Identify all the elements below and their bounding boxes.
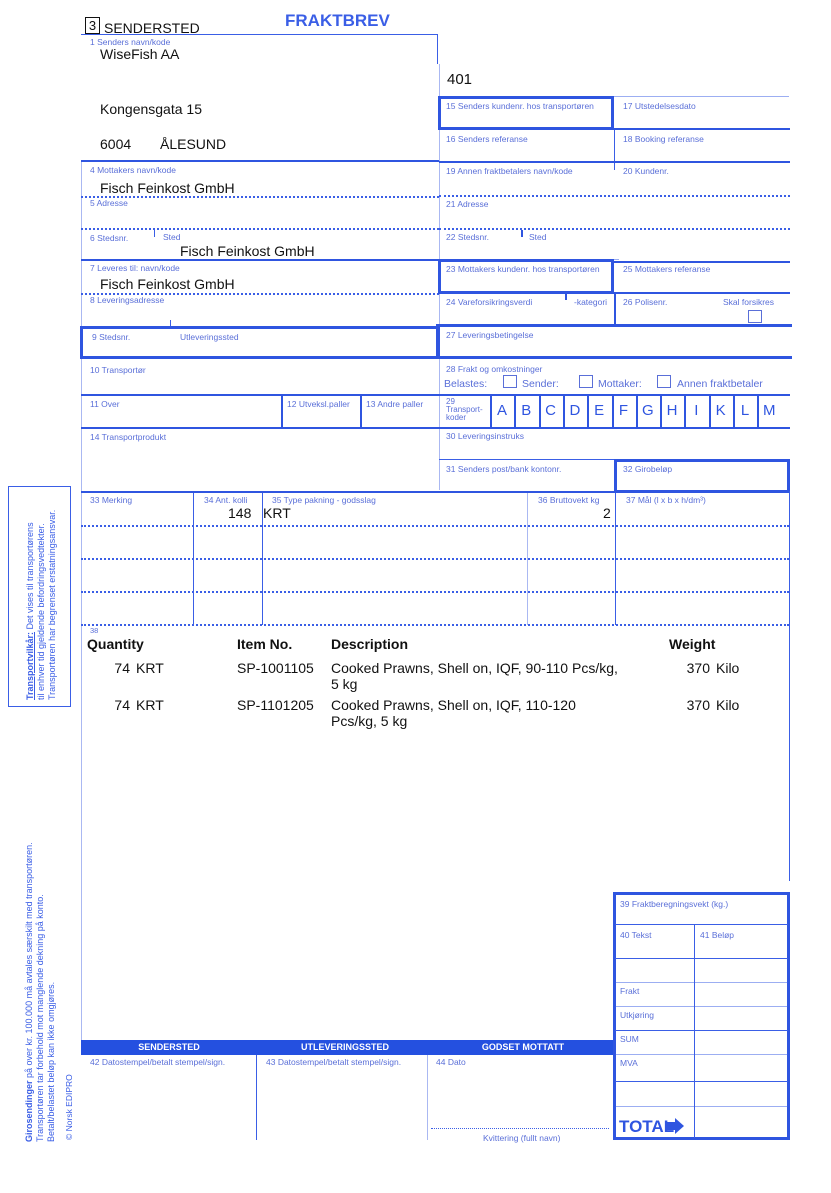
divider [521,230,523,237]
band-godset-mottatt: GODSET MOTTATT [433,1040,613,1055]
terms-line-1: Det vises til transportørens [25,522,35,632]
charge-other-checkbox[interactable] [657,375,671,388]
mva-label: MVA [620,1059,638,1068]
field-6-label: 6 Stedsnr. [90,234,128,243]
field-33-label: 33 Merking [90,496,132,505]
item-description: Cooked Prawns, Shell on, IQF, 110-120 Pc… [331,697,621,729]
terms-bold: Transportvilkår: [25,632,35,700]
gross-weight[interactable]: 2 [603,506,611,520]
divider [615,958,788,959]
field-13-label: 13 Andre paller [366,400,423,409]
receiver-sted[interactable]: Fisch Feinkost GmbH [180,244,315,258]
terms-line-2: til enhver tid gjeldende befordringsvedt… [36,510,47,700]
arrow-right-icon [675,1118,684,1134]
transport-code-i[interactable]: I [685,403,707,418]
sender-name[interactable]: WiseFish AA [100,47,179,61]
item-weight-unit: Kilo [716,697,739,713]
deliver-to-name[interactable]: Fisch Feinkost GmbH [100,277,235,291]
giro-line-2: Transportøren tar forbehold mot manglend… [35,842,46,1142]
field-9-box[interactable] [80,326,440,359]
field-11-label: 11 Over [90,400,120,409]
field-14-label: 14 Transportprodukt [90,433,166,442]
field-44-label: 44 Dato [436,1058,466,1067]
divider [81,525,789,527]
divider [256,1055,257,1140]
field-24-kategori-label: -kategori [574,298,607,307]
charge-sender-checkbox[interactable] [503,375,517,388]
item-quantity: 74 [100,697,130,713]
field-39-label: 39 Fraktberegningsvekt (kg.) [620,900,728,909]
field-6-sted-label: Sted [163,233,181,242]
field-24-label: 24 Vareforsikringsverdi [446,298,532,307]
field-40-label: 40 Tekst [620,931,652,940]
field-23-label: 23 Mottakers kundenr. hos transportøren [446,265,600,274]
utkjoring-label: Utkjøring [620,1011,654,1020]
field-19-label: 19 Annen fraktbetalers navn/kode [446,167,573,176]
col-item-no: Item No. [237,636,292,652]
field-27-label: 27 Leveringsbetingelse [446,331,533,340]
divider [615,982,788,983]
charge-receiver-checkbox[interactable] [579,375,593,388]
field-9-utl-label: Utleveringssted [180,333,239,342]
divider [81,558,789,560]
field-29-label-c: koder [446,414,466,422]
field-9-label: 9 Stedsnr. [92,333,130,342]
field-18-label: 18 Booking referanse [623,135,704,144]
band-sendersted: SENDERSTED [81,1040,257,1055]
field-26-label: 26 Polisenr. [623,298,667,307]
divider [439,427,790,429]
field-36-label: 36 Bruttovekt kg [538,496,599,505]
sum-label: SUM [620,1035,639,1044]
giro-line-3: Betalt/belastet beløp kan ikke omgjøres. [46,842,57,1142]
divider [281,394,283,428]
transport-code-k[interactable]: K [710,403,732,418]
transport-code-l[interactable]: L [734,403,756,418]
divider [615,1030,788,1031]
divider [615,1081,788,1082]
divider [81,394,439,396]
item-unit: KRT [136,697,164,713]
col-weight: Weight [669,636,715,652]
field-22-label: 22 Stedsnr. [446,233,489,242]
divider [614,128,790,130]
field-43-label: 43 Datostempel/betalt stempel/sign. [266,1058,401,1067]
divider [81,228,439,230]
field-42-label: 42 Datostempel/betalt stempel/sign. [90,1058,225,1067]
band-utleveringssted: UTLEVERINGSSTED [257,1040,433,1055]
divider [439,459,619,460]
col-description: Description [331,636,408,652]
divider [789,491,790,881]
field-20-label: 20 Kundenr. [623,167,669,176]
giro-line-1: på over kr. 100.000 må avtales særskilt … [24,842,34,1080]
divider [360,394,362,428]
field-38-label: 38 [90,627,98,635]
divider [614,261,790,263]
divider [427,1055,428,1140]
package-type[interactable]: KRT [263,506,291,520]
divider [565,294,567,300]
terms-text: Transportvilkår: Det vises til transport… [25,510,58,700]
receiver-name[interactable]: Fisch Feinkost GmbH [100,181,235,195]
field-32-label: 32 Girobeløp [623,465,672,474]
item-quantity: 74 [100,660,130,676]
divider [615,1006,788,1007]
terms-line-3: Transportøren har begrenset erstatningsa… [47,510,58,700]
field-17-label: 17 Utstedelsesdato [623,102,696,111]
sender-city[interactable]: ÅLESUND [160,137,226,151]
divider [614,130,615,170]
item-unit: KRT [136,660,164,676]
divider [81,624,789,626]
field-4-label: 4 Mottakers navn/kode [90,166,176,175]
item-weight-unit: Kilo [716,660,739,676]
divider [615,1106,788,1107]
copyright: © Norsk EDIPRO [64,1074,75,1140]
field-31-label: 31 Senders post/bank kontonr. [446,465,561,474]
transport-code-e[interactable]: E [588,403,610,418]
divider [81,427,439,429]
transport-code-h[interactable]: H [661,403,683,418]
transport-code-a[interactable]: A [491,403,513,418]
field-12-label: 12 Utveksl.paller [287,400,350,409]
field-41-label: 41 Beløp [700,931,734,940]
field-22-sted-label: Sted [529,233,547,242]
field-15-label: 15 Senders kundenr. hos transportøren [446,102,594,111]
sender-option-label: Sender: [522,378,559,390]
receipt-name-label: Kvittering (fullt navn) [483,1134,560,1143]
field-30-label: 30 Leveringsinstruks [446,432,524,441]
divider [439,228,790,230]
giro-text: Girosendinger på over kr. 100.000 må avt… [24,842,57,1142]
field-16-label: 16 Senders referanse [446,135,528,144]
annen-option-label: Annen fraktbetaler [677,378,763,390]
item-description: Cooked Prawns, Shell on, IQF, 90-110 Pcs… [331,660,621,692]
field-37-label: 37 Mål (l x b x h/dm³) [626,496,706,505]
giro-bold: Girosendinger [24,1080,34,1142]
sender-street[interactable]: Kongensgata 15 [100,102,202,116]
mottaker-option-label: Mottaker: [598,378,642,390]
sender-postcode[interactable]: 6004 [100,137,131,151]
item-number: SP-1001105 [237,660,314,676]
divider [431,1128,609,1129]
divider [81,34,438,35]
transport-code-d[interactable]: D [564,403,586,418]
divider [614,294,616,326]
divider [614,292,790,294]
field-10-label: 10 Transportør [90,366,146,375]
divider [439,195,790,197]
divider [615,924,788,925]
divider [81,591,789,593]
field-21-label: 21 Adresse [446,200,489,209]
total-label: TOTAL [619,1117,684,1137]
belastes-label: Belastes: [444,378,487,390]
transport-code-g[interactable]: G [637,403,659,418]
package-count[interactable]: 148 [228,506,251,520]
field-28-label: 28 Frakt og omkostninger [446,365,542,374]
divider [81,160,439,162]
transport-code-b[interactable]: B [515,403,537,418]
field-7-label: 7 Leveres til: navn/kode [90,264,180,273]
transport-code-c[interactable]: C [540,403,562,418]
field-5-label: 5 Adresse [90,199,128,208]
item-weight: 370 [680,660,710,676]
waybill-number: 401 [447,72,472,87]
frakt-label: Frakt [620,987,639,996]
divider [81,259,439,261]
item-weight: 370 [680,697,710,713]
divider [615,1054,788,1055]
item-number: SP-1101205 [237,697,314,713]
document-title: FRAKTBREV [285,11,390,31]
transport-code-m[interactable]: M [758,403,780,418]
divider [439,161,790,163]
insure-checkbox[interactable] [748,310,762,323]
divider [154,230,155,237]
copy-number-box: 3 [85,17,100,34]
field-34-label: 34 Ant. kolli [204,496,247,505]
transport-code-f[interactable]: F [613,403,635,418]
divider [437,34,438,64]
total-text: TOTAL [619,1117,674,1136]
field-26-insure-label: Skal forsikres [723,298,774,307]
col-quantity: Quantity [87,636,144,652]
field-35-label: 35 Type pakning - godsslag [272,496,376,505]
divider [81,196,439,198]
field-25-label: 25 Mottakers referanse [623,265,710,274]
divider [81,491,614,493]
field-8-label: 8 Leveringsadresse [90,296,164,305]
